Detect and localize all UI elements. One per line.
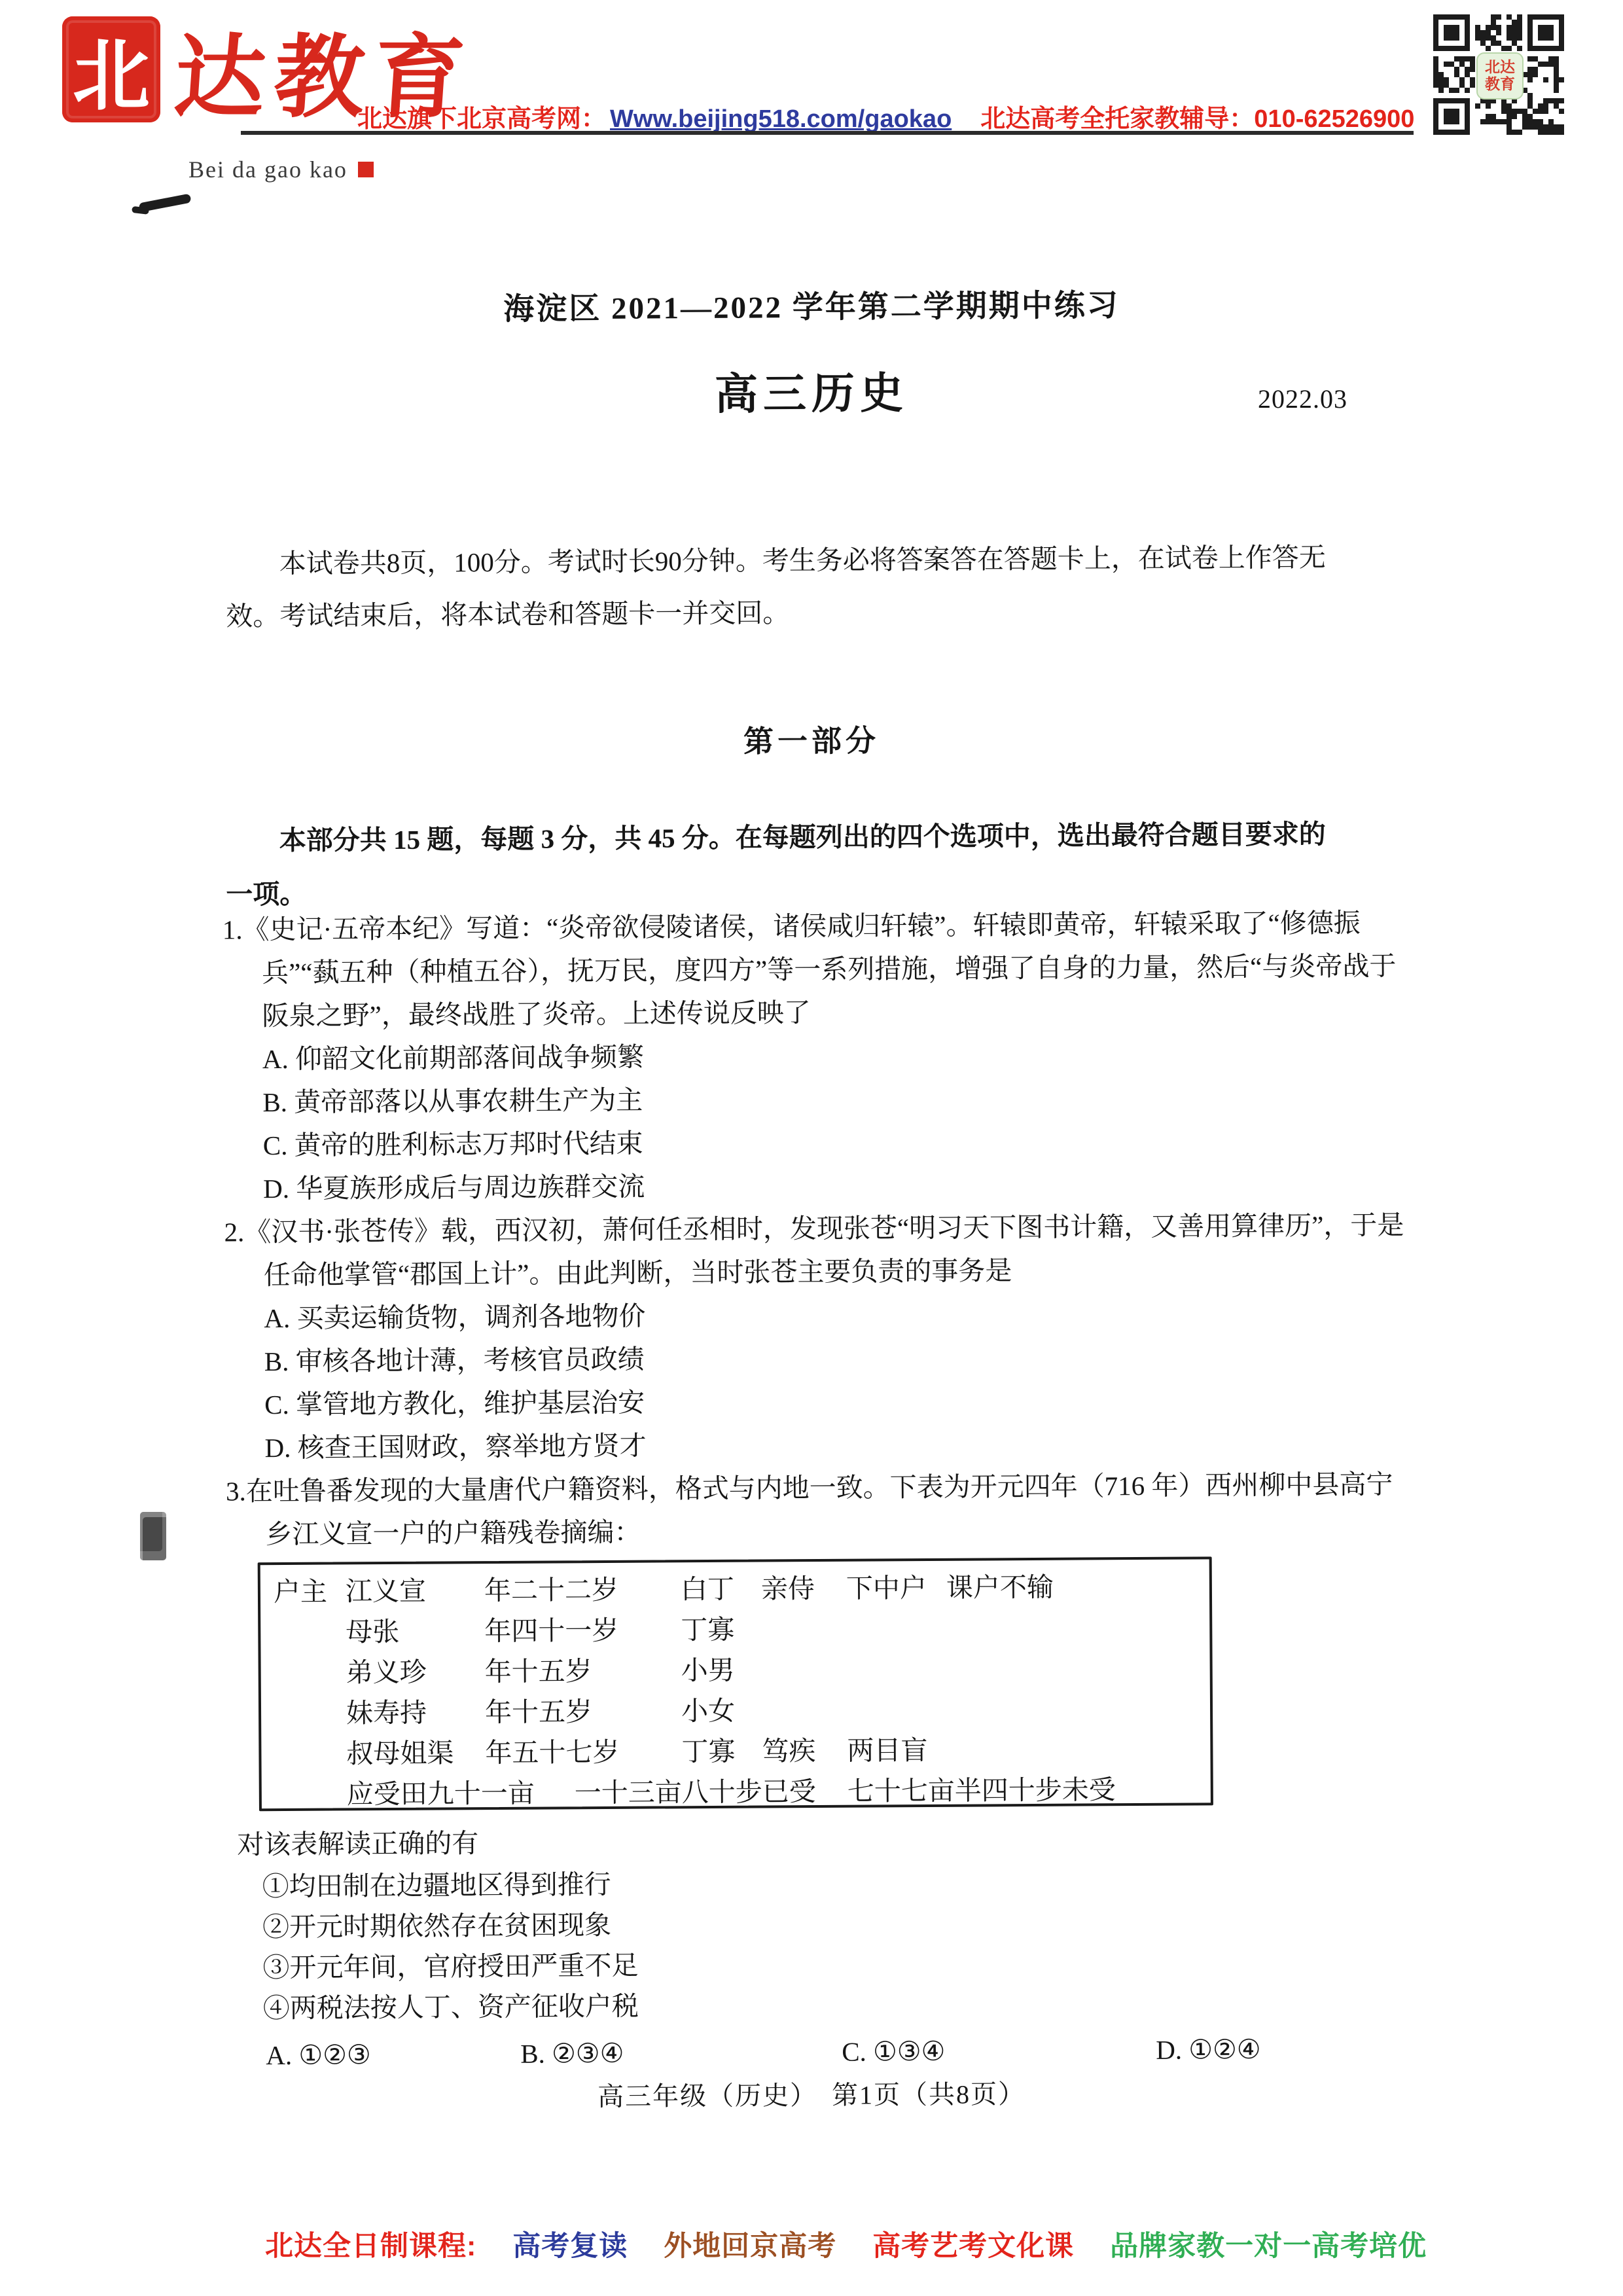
question-1-option-b: B. 黄帝部落以从事农耕生产为主 [223, 1073, 1408, 1124]
table-cell: 两目盲 [847, 1729, 927, 1772]
tagline-phone: 010-62526900 [1254, 105, 1414, 133]
question-3-number: 3. [226, 1476, 246, 1506]
question-1-stem: 1.《史记·五帝本纪》写道：“炎帝欲侵陵诸侯，诸侯咸归轩辕”。轩辕即黄帝，轩辕采… [223, 901, 1408, 1037]
question-1-number: 1. [223, 914, 243, 944]
question-3-option-b: B. ②③④ [520, 2032, 624, 2075]
brand-seal: 北 [62, 16, 160, 122]
question-2-option-b: B. 审核各地计薄，考核官员政绩 [225, 1333, 1410, 1383]
tagline-tutoring-label: 北达高考全托家教辅导： [980, 105, 1254, 133]
banner-item-4: 品牌家教一对一高考培优 [1110, 2231, 1427, 2262]
header-rule [241, 131, 1414, 135]
table-cell: 妹寿持 [346, 1691, 427, 1735]
table-cell: 课户不输 [946, 1566, 1054, 1609]
qr-label-line1: 北达 [1485, 59, 1515, 76]
table-cell: 小男 [681, 1649, 734, 1692]
brand-subtitle-text: Bei da gao kao [188, 156, 348, 183]
question-2-option-c: C. 掌管地方教化，维护基层治安 [225, 1376, 1410, 1426]
table-cell: 江义宣 [346, 1570, 426, 1613]
question-2-text: 《汉书·张苍传》载，西汉初，萧何任丞相时，发现张苍“明习天下图书计籍，又善用算律… [244, 1210, 1404, 1291]
question-3-stem: 3.在吐鲁番发现的大量唐代户籍资料，格式与内地一致。下表为开元四年（716 年）… [226, 1462, 1411, 1556]
qr-center-label: 北达 教育 [1476, 52, 1524, 99]
table-row: 母张 年四十一岁 丁寡 [260, 1605, 1209, 1651]
banner-item-2: 外地回京高考 [664, 2231, 836, 2262]
table-cell: 应受田九十一亩 [347, 1772, 535, 1816]
notice-line-1: 本试卷共8页，100分。考试时长90分钟。考生务必将答案答在答题卡上，在试卷上作… [226, 530, 1410, 590]
table-cell: 户主 [274, 1570, 327, 1613]
table-cell: 下中户 [846, 1566, 927, 1610]
banner-item-1: 高考复读 [512, 2231, 628, 2262]
table-cell: 年四十一岁 [484, 1609, 618, 1653]
question-2-number: 2. [224, 1217, 244, 1247]
exam-notice: 本试卷共8页，100分。考试时长90分钟。考生务必将答案答在答题卡上，在试卷上作… [226, 530, 1411, 642]
ink-smudge-top [138, 193, 191, 212]
table-cell: 弟义珍 [346, 1651, 426, 1695]
question-3-item-3: ③开元年间，官府授田严重不足 [262, 1940, 1413, 1988]
table-row: 弟义珍 年十五岁 小男 [260, 1645, 1209, 1692]
question-3-item-4: ④两税法按人丁、资产征收户税 [263, 1981, 1414, 2028]
question-1-option-a: A. 仰韶文化前期部落间战争频繁 [223, 1030, 1408, 1081]
header-tagline: 北达旗下北京高考网：Www.beijing518.com/gaokao北达高考全… [357, 98, 1414, 134]
table-cell: 小女 [681, 1689, 735, 1732]
banner-prefix: 北达全日制课程: [265, 2231, 476, 2262]
table-cell: 母张 [346, 1610, 399, 1653]
bottom-ad-banner: 北达全日制课程: 高考复读 外地回京高考 高考艺考文化课 品牌家教一对一高考培优 [265, 2224, 1454, 2264]
question-3-option-d: D. ①②④ [1156, 2028, 1261, 2072]
exam-page-scan: 北 达教育 Bei da gao kao 北达旗下北京高考网：Www.beiji… [0, 0, 1623, 2296]
question-2-option-d: D. 核查王国财政，察举地方贤才 [225, 1419, 1410, 1469]
table-cell: 叔母姐渠 [346, 1731, 454, 1775]
table-row: 户主 江义宣 年二十二岁 白丁 亲侍 下中户 课户不输 [260, 1564, 1209, 1611]
table-row: 妹寿持 年十五岁 小女 [261, 1686, 1210, 1732]
question-1-option-c: C. 黄帝的胜利标志万邦时代结束 [224, 1117, 1408, 1167]
part1-intro-line-2: 一项。 [226, 879, 306, 910]
question-1-text: 《史记·五帝本纪》写道：“炎帝欲侵陵诸侯，诸侯咸归轩辕”。轩辕即黄帝，轩辕采取了… [242, 908, 1396, 1031]
gaokao-site-link[interactable]: Www.beijing518.com/gaokao [610, 105, 952, 133]
question-3-item-1: ①均田制在边疆地区得到推行 [262, 1859, 1412, 1907]
question-3-item-2: ②开元时期依然存在贫困现象 [262, 1899, 1413, 1947]
question-2-option-a: A. 买卖运输货物，调剂各地物价 [224, 1289, 1409, 1340]
question-3-option-a: A. ①②③ [266, 2033, 371, 2077]
question-3-text: 在吐鲁番发现的大量唐代户籍资料，格式与内地一致。下表为开元四年（716 年）西州… [246, 1469, 1393, 1550]
ink-smudge-margin [140, 1512, 166, 1560]
table-cell: 年五十七岁 [485, 1731, 619, 1774]
part1-heading: 第一部分 [0, 712, 1623, 765]
table-cell: 一十三亩八十步已受 [575, 1770, 816, 1814]
brand-seal-char: 北 [73, 14, 150, 125]
table-cell: 丁寡 [681, 1608, 734, 1651]
table-cell: 年十五岁 [485, 1690, 592, 1734]
question-1-option-d: D. 华夏族形成后与周边族群交流 [224, 1160, 1408, 1210]
question-3-items: ①均田制在边疆地区得到推行 ②开元时期依然存在贫困现象 ③开元年间，官府授田严重… [262, 1859, 1413, 2028]
brand-red-square-icon [358, 162, 374, 177]
table-cell: 笃疾 [762, 1729, 815, 1772]
table-cell: 七十七亩半四十步未受 [847, 1768, 1116, 1813]
banner-item-3: 高考艺考文化课 [872, 2231, 1074, 2262]
table-cell: 白丁 [681, 1568, 734, 1611]
question-3-option-c: C. ①③④ [842, 2030, 946, 2073]
exam-subject: 高三历史 [0, 353, 1623, 425]
qr-label-line2: 教育 [1485, 76, 1515, 93]
table-cell: 亲侍 [761, 1567, 815, 1610]
household-register-table: 户主 江义宣 年二十二岁 白丁 亲侍 下中户 课户不输 母张 年四十一岁 丁寡 … [258, 1556, 1213, 1811]
table-row: 应受田九十一亩 一十三亩八十步已受 七十七亩半四十步未受 [262, 1767, 1211, 1814]
question-list: 1.《史记·五帝本纪》写道：“炎帝欲侵陵诸侯，诸侯咸归轩辕”。轩辕即黄帝，轩辕采… [223, 901, 1414, 2079]
brand-subtitle: Bei da gao kao [188, 156, 374, 183]
question-2-stem: 2.《汉书·张苍传》载，西汉初，萧何任丞相时，发现张苍“明习天下图书计籍，又善用… [224, 1203, 1409, 1297]
table-cell: 丁寡 [681, 1730, 735, 1773]
table-row: 叔母姐渠 年五十七岁 丁寡 笃疾 两目盲 [261, 1727, 1210, 1773]
exam-title: 海淀区 2021—2022 学年第二学期期中练习 [0, 278, 1623, 331]
qr-code: 北达 教育 [1433, 14, 1564, 135]
question-3-subquestion: 对该表解读正确的有 [237, 1816, 1412, 1866]
table-cell: 年十五岁 [484, 1649, 592, 1693]
exam-date: 2022.03 [1258, 384, 1347, 414]
tagline-site-label: 北达旗下北京高考网： [357, 105, 606, 133]
table-cell: 年二十二岁 [484, 1568, 618, 1612]
notice-line-2: 效。考试结束后，将本试卷和答题卡一并交回。 [226, 598, 789, 631]
part1-intro-line-1: 本部分共 15 题，每题 3 分，共 45 分。在每题列出的四个选项中，选出最符… [226, 806, 1410, 867]
